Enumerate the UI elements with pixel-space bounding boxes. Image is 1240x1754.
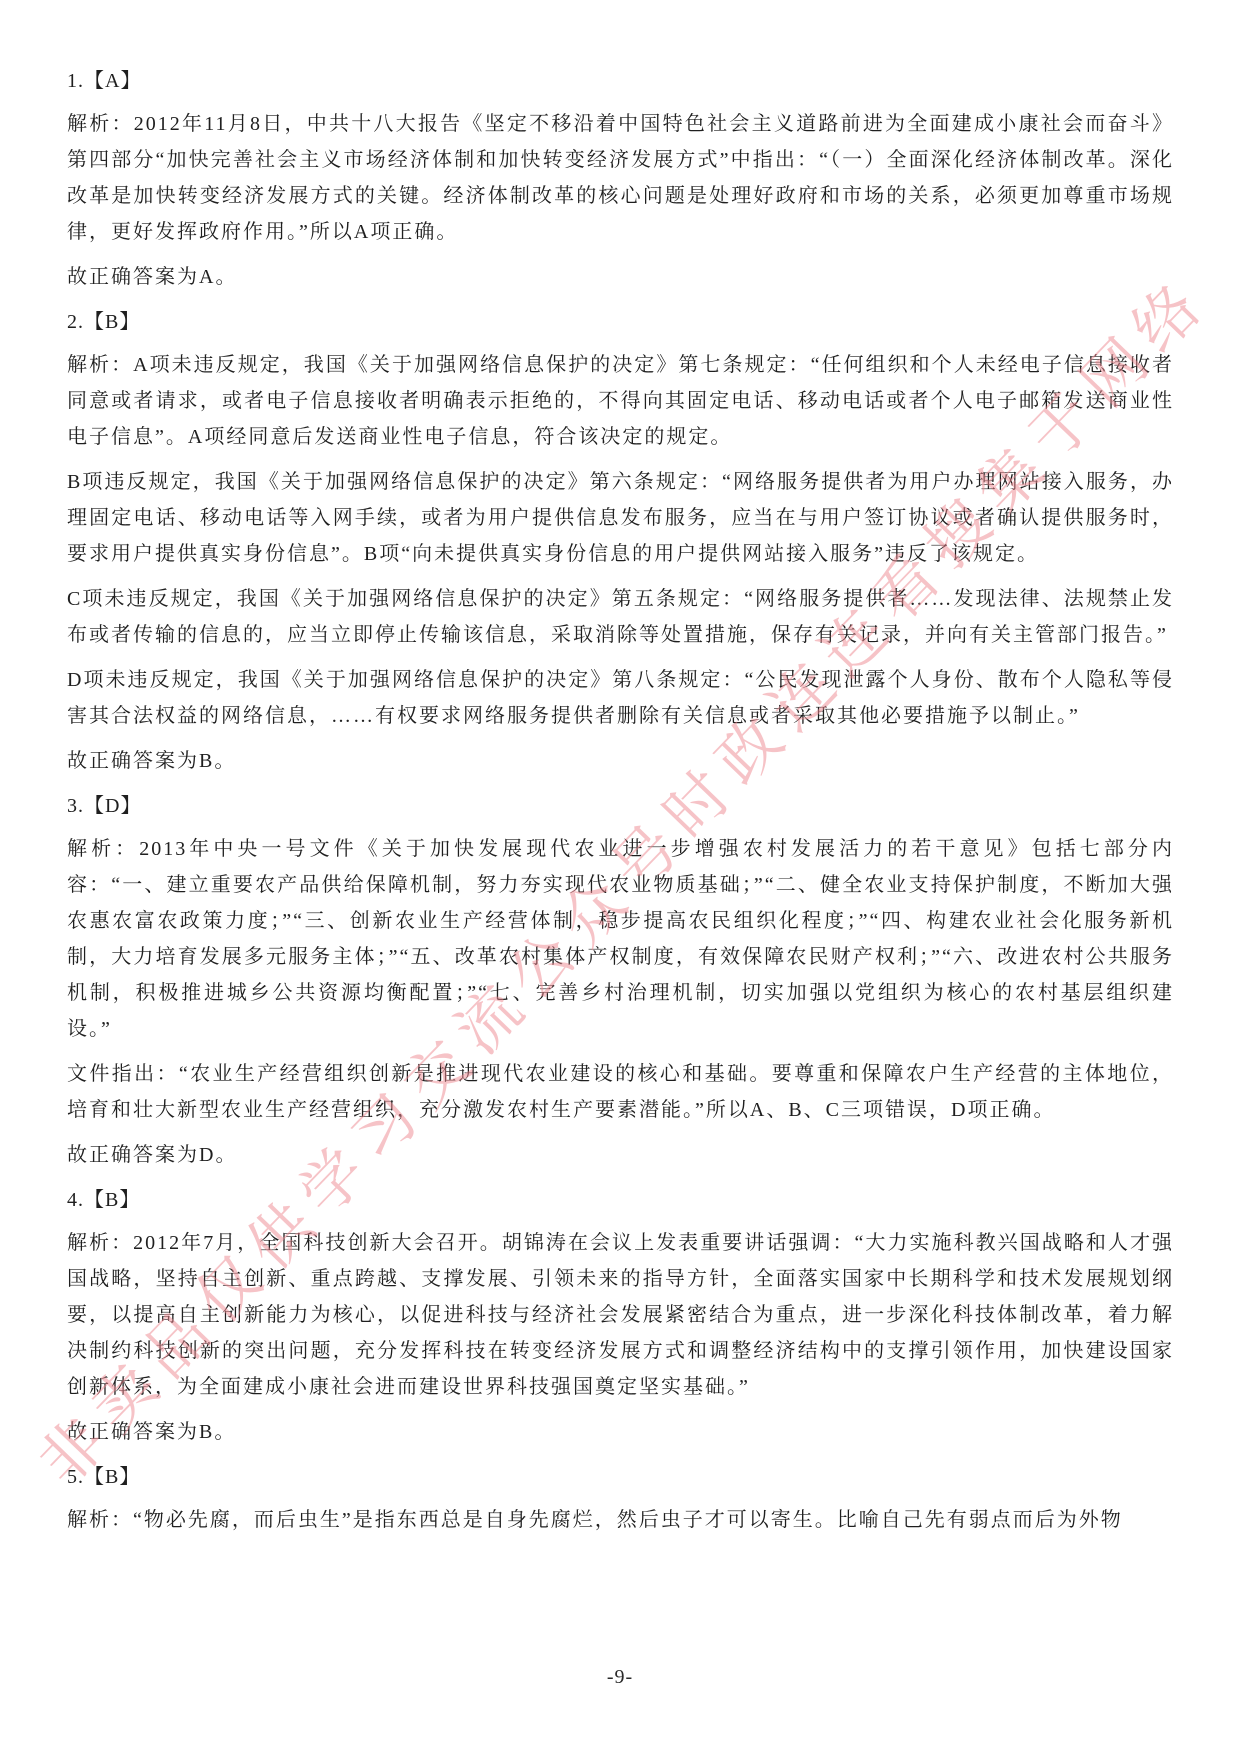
explanation-paragraph: 故正确答案为B。 xyxy=(67,1414,1174,1450)
explanation-paragraph: 解析：2012年7月，全国科技创新大会召开。胡锦涛在会议上发表重要讲话强调：“大… xyxy=(67,1225,1174,1405)
answer-item: 3.【D】解析：2013年中央一号文件《关于加快发展现代农业进一步增强农村发展活… xyxy=(67,791,1174,1173)
answer-item: 1.【A】解析：2012年11月8日，中共十八大报告《坚定不移沿着中国特色社会主… xyxy=(67,66,1174,295)
answer-item: 2.【B】解析：A项未违反规定，我国《关于加强网络信息保护的决定》第七条规定：“… xyxy=(67,307,1174,779)
answer-label: 1.【A】 xyxy=(67,66,1174,96)
explanation-paragraph: D项未违反规定，我国《关于加强网络信息保护的决定》第八条规定：“公民发现泄露个人… xyxy=(67,662,1174,734)
answer-item: 4.【B】解析：2012年7月，全国科技创新大会召开。胡锦涛在会议上发表重要讲话… xyxy=(67,1185,1174,1450)
explanation-paragraph: 解析：A项未违反规定，我国《关于加强网络信息保护的决定》第七条规定：“任何组织和… xyxy=(67,347,1174,455)
explanation-paragraph: 故正确答案为A。 xyxy=(67,259,1174,295)
explanation-paragraph: 故正确答案为B。 xyxy=(67,743,1174,779)
answer-item: 5.【B】解析：“物必先腐，而后虫生”是指东西总是自身先腐烂，然后虫子才可以寄生… xyxy=(67,1462,1174,1538)
document-page: 非卖品仅供学习交流公众号时政连连看搜集于网络 1.【A】解析：2012年11月8… xyxy=(0,0,1240,1754)
explanation-paragraph: C项未违反规定，我国《关于加强网络信息保护的决定》第五条规定：“网络服务提供者…… xyxy=(67,581,1174,653)
answer-label: 4.【B】 xyxy=(67,1185,1174,1215)
answer-label: 3.【D】 xyxy=(67,791,1174,821)
document-body: 1.【A】解析：2012年11月8日，中共十八大报告《坚定不移沿着中国特色社会主… xyxy=(67,66,1174,1547)
explanation-paragraph: 解析：“物必先腐，而后虫生”是指东西总是自身先腐烂，然后虫子才可以寄生。比喻自己… xyxy=(67,1502,1174,1538)
answer-label: 5.【B】 xyxy=(67,1462,1174,1492)
explanation-paragraph: B项违反规定，我国《关于加强网络信息保护的决定》第六条规定：“网络服务提供者为用… xyxy=(67,464,1174,572)
explanation-paragraph: 故正确答案为D。 xyxy=(67,1137,1174,1173)
explanation-paragraph: 解析：2012年11月8日，中共十八大报告《坚定不移沿着中国特色社会主义道路前进… xyxy=(67,106,1174,250)
explanation-paragraph: 文件指出：“农业生产经营组织创新是推进现代农业建设的核心和基础。要尊重和保障农户… xyxy=(67,1056,1174,1128)
page-number: -9- xyxy=(0,1666,1240,1689)
explanation-paragraph: 解析：2013年中央一号文件《关于加快发展现代农业进一步增强农村发展活力的若干意… xyxy=(67,831,1174,1047)
answer-label: 2.【B】 xyxy=(67,307,1174,337)
